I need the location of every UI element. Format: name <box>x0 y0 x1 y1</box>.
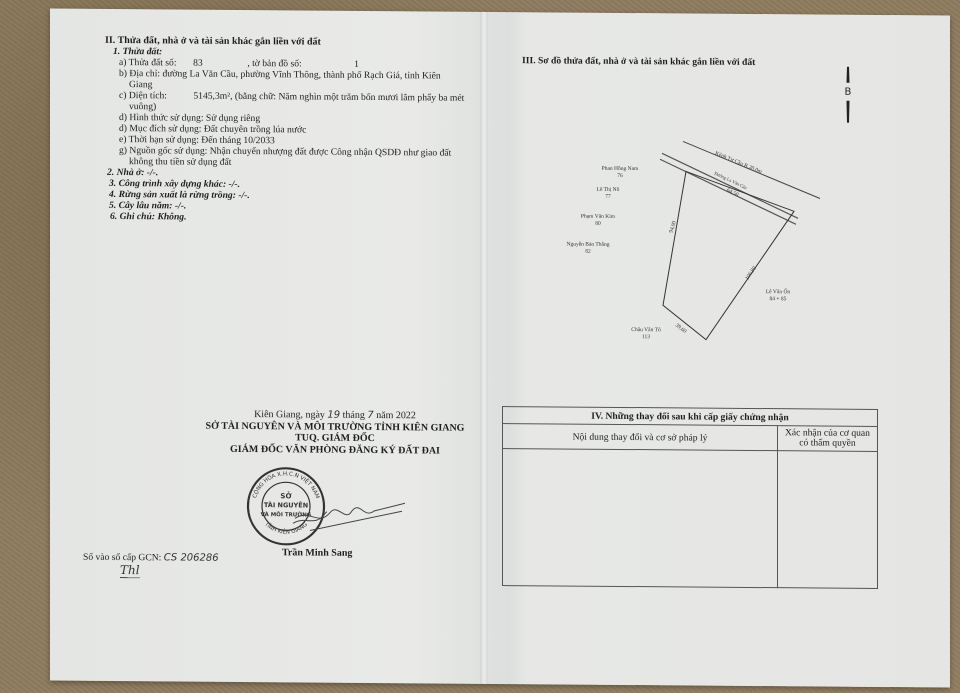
svg-text:113: 113 <box>642 334 650 340</box>
place-date-prefix: Kiên Giang, ngày <box>254 409 325 421</box>
date-day: 19 <box>327 410 340 421</box>
change-confirm-cell <box>778 451 878 589</box>
area-value: 5145,3m², (bằng chữ: Năm nghìn một trăm … <box>193 91 464 104</box>
svg-text:77: 77 <box>605 194 611 200</box>
parcel-diagram: Kênh Tư Cầu R.20,0m Đường La Văn Cầu 64,… <box>528 132 848 350</box>
svg-text:Lê Văn Ổn: Lê Văn Ổn <box>766 287 791 295</box>
svg-text:84 + 85: 84 + 85 <box>770 296 787 302</box>
svg-text:Kênh Tư Cầu R.20,0m: Kênh Tư Cầu R.20,0m <box>714 150 764 176</box>
signer-position: GIÁM ĐỐC VĂN PHÒNG ĐĂNG KÝ ĐẤT ĐAI <box>160 443 510 457</box>
changes-table: IV. Những thay đổi sau khi cấp giấy chứn… <box>502 406 878 589</box>
signer-name: Trần Minh Sang <box>282 547 352 559</box>
svg-text:80: 80 <box>595 221 601 227</box>
table-row <box>503 449 878 589</box>
section-iii-heading: III. Sơ đồ thửa đất, nhà ở và tài sản kh… <box>522 55 755 68</box>
address-value: đường La Văn Cầu, phường Vĩnh Thông, thà… <box>162 68 440 81</box>
map-sheet-label: , tờ bản đồ số: <box>247 58 301 69</box>
year-label: năm 2022 <box>376 410 416 421</box>
col-confirm-line2: có thẩm quyền <box>799 437 855 448</box>
section-ii: II. Thửa đất, nhà ở và tài sản khác gắn … <box>105 35 465 225</box>
svg-text:Nguyễn Bảo Thắng: Nguyễn Bảo Thắng <box>567 241 610 248</box>
address-label: b) Địa chỉ: <box>119 68 160 79</box>
parcel-label: a) Thửa đất số: <box>119 57 177 68</box>
parcel-number: 83 <box>185 58 211 69</box>
registry-label: Số vào sổ cấp GCN: <box>83 552 161 564</box>
change-content-cell <box>503 449 778 588</box>
col-confirm-header: Xác nhận của cơ quan có thẩm quyền <box>778 426 878 452</box>
svg-text:Lê Thị Nô: Lê Thị Nô <box>597 187 620 193</box>
svg-text:106,80: 106,80 <box>744 265 758 281</box>
signature-block: Kiên Giang, ngày 19 tháng 7 năm 2022 SỞ … <box>160 408 510 457</box>
svg-text:82: 82 <box>585 249 591 255</box>
area-label: c) Diện tích: <box>119 90 167 101</box>
svg-text:Phan Hồng Nam: Phan Hồng Nam <box>602 165 639 172</box>
col-content-header: Nội dung thay đổi và cơ sở pháp lý <box>503 424 778 451</box>
svg-text:Châu Văn Tô: Châu Văn Tô <box>631 327 661 333</box>
note: 6. Ghi chú: Không. <box>110 211 465 225</box>
north-arrow-icon: B <box>840 65 856 125</box>
svg-text:Phạm Văn Kim: Phạm Văn Kim <box>581 214 616 220</box>
certificate-sheet: II. Thửa đất, nhà ở và tài sản khác gắn … <box>50 8 950 687</box>
svg-text:39,60: 39,60 <box>674 322 688 335</box>
map-sheet-number: 1 <box>354 59 359 70</box>
svg-text:B: B <box>845 87 852 98</box>
registrar-initials: Thl <box>120 563 140 578</box>
month-label: tháng <box>343 410 365 421</box>
page-fold <box>480 12 488 684</box>
registry-number: Số vào sổ cấp GCN: CS 206286 <box>83 552 219 564</box>
date-month: 7 <box>367 410 373 421</box>
svg-text:76: 76 <box>617 173 623 179</box>
registry-value: CS 206286 <box>164 552 219 563</box>
signature-scribble-icon <box>290 488 410 539</box>
